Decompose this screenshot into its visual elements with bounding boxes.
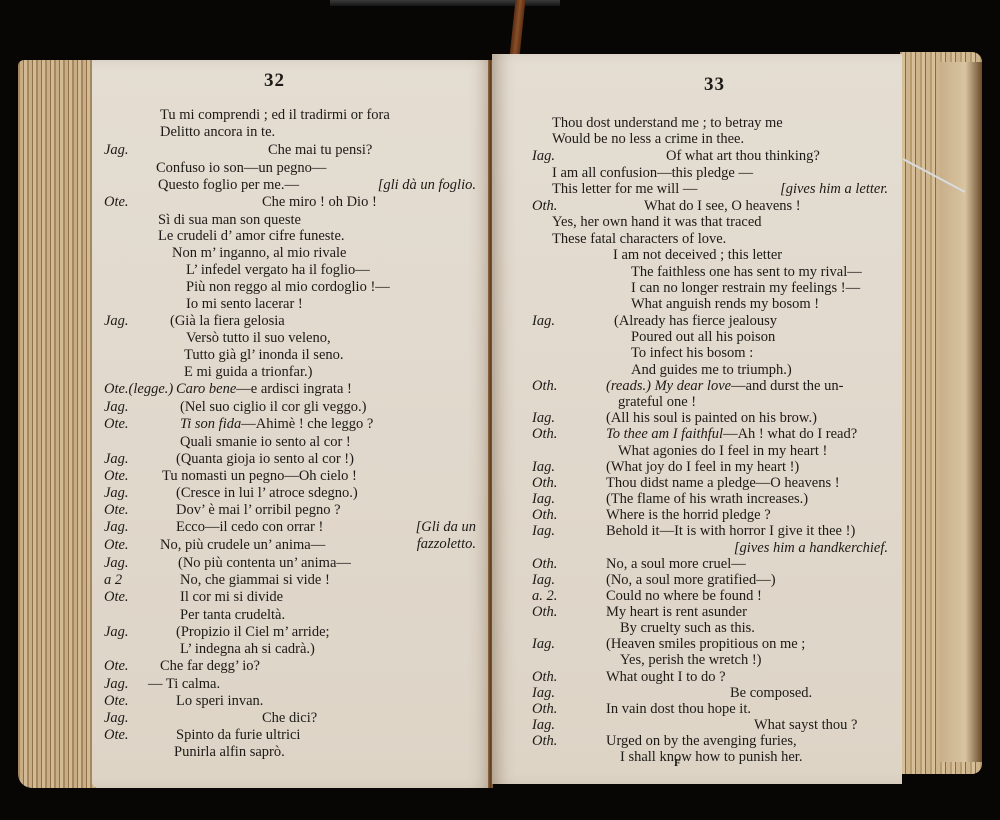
line-text: Io mi sento lacerar !: [186, 296, 303, 312]
line-text: Lo speri invan.: [176, 693, 263, 709]
speaker-label: Iag.: [532, 636, 555, 653]
page-number: 32: [264, 70, 285, 92]
verse-line: No, più crudele un’ anima—: [160, 537, 325, 553]
speaker-label: Ote.: [104, 468, 129, 485]
verse-line: Le crudeli d’ amor cifre funeste.: [158, 228, 345, 244]
verse-line: (No, a soul more gratified—): [606, 572, 776, 588]
verse-line: Ti son fida—Ahimè ! che leggo ?: [180, 416, 373, 432]
page-number: 33: [704, 74, 725, 96]
line-text: L’ infedel vergato ha il foglio—: [186, 262, 370, 278]
left-page-edges: [18, 60, 98, 788]
speaker-label: Oth.: [532, 733, 557, 750]
line-text: Where is the horrid pledge ?: [606, 507, 771, 523]
verse-line: (No più contenta un’ anima—: [178, 555, 351, 571]
verse-line: What ought I to do ?: [606, 669, 726, 685]
italic-quote: (reads.) My dear love: [606, 378, 731, 394]
line-text: Versò tutto il suo veleno,: [186, 330, 331, 346]
line-text: —Ah ! what do I read?: [723, 426, 857, 442]
speaker-label: Ote.: [104, 502, 129, 519]
verse-line: Dov’ è mai l’ orribil pegno ?: [176, 502, 341, 518]
speaker-label: Oth.: [532, 198, 557, 215]
line-text: Urged on by the avenging furies,: [606, 733, 797, 749]
line-text: I am all confusion—this pledge —: [552, 165, 753, 181]
verse-line: I am all confusion—this pledge —: [552, 165, 753, 181]
line-text: Che dici?: [262, 710, 317, 726]
left-page: 32 Tu mi comprendi ; ed il tradirmi or f…: [92, 60, 490, 788]
verse-line: Non m’ inganno, al mio rivale: [172, 245, 347, 261]
speaker-label: Jag.: [104, 624, 129, 641]
line-text: (Nel suo ciglio il cor gli veggo.): [180, 399, 366, 415]
back-cover: [940, 62, 982, 762]
verse-line: (Heaven smiles propitious on me ;: [606, 636, 805, 652]
line-text: —e ardisci ingrata !: [236, 381, 352, 397]
line-text: What anguish rends my bosom !: [631, 296, 819, 312]
line-text: Per tanta crudeltà.: [180, 607, 285, 623]
speaker-label: Ote.: [104, 416, 129, 433]
verse-line: Thou dost understand me ; to betray me: [552, 115, 783, 131]
line-text: Non m’ inganno, al mio rivale: [172, 245, 347, 261]
verse-line: Urged on by the avenging furies,: [606, 733, 797, 749]
line-text: (Already has fierce jealousy: [614, 313, 777, 329]
italic-quote: Ti son fida: [180, 416, 241, 432]
line-text: (Heaven smiles propitious on me ;: [606, 636, 805, 652]
verse-line: Thou didst name a pledge—O heavens !: [606, 475, 840, 491]
line-text: —and durst the un-: [731, 378, 843, 394]
verse-line: Be composed.: [730, 685, 812, 701]
verse-line: Confuso io son—un pegno—: [156, 160, 326, 176]
line-text: By cruelty such as this.: [620, 620, 755, 636]
verse-line: Tu mi comprendi ; ed il tradirmi or fora: [160, 107, 390, 123]
line-text: (Già la fiera gelosia: [170, 313, 285, 329]
speaker-label: Jag.: [104, 676, 129, 693]
speaker-label: Jag.: [104, 142, 129, 159]
verse-line: L’ indegna ah si cadrà.): [180, 641, 315, 657]
line-text: (What joy do I feel in my heart !): [606, 459, 799, 475]
speaker-label: Ote.: [104, 589, 129, 606]
line-text: Thou dost understand me ; to betray me: [552, 115, 783, 131]
line-text: Le crudeli d’ amor cifre funeste.: [158, 228, 345, 244]
stage-direction: fazzoletto.: [417, 536, 476, 552]
verse-line: (Già la fiera gelosia: [170, 313, 285, 329]
verse-line: No, che giammai si vide !: [180, 572, 330, 588]
line-text: Punirla alfin saprò.: [174, 744, 285, 760]
verse-line: Io mi sento lacerar !: [186, 296, 303, 312]
line-text: Che miro ! oh Dio !: [262, 194, 377, 210]
verse-line: And guides me to triumph.): [631, 362, 792, 378]
line-text: Più non reggo al mio cordoglio !—: [186, 279, 390, 295]
verse-line: — Ti calma.: [148, 676, 220, 692]
verse-line: Che mai tu pensi?: [268, 142, 372, 158]
speaker-label: Iag.: [532, 572, 555, 589]
line-text: Sì di sua man son queste: [158, 212, 301, 228]
verse-line: Yes, her own hand it was that traced: [552, 214, 762, 230]
speaker-label: Ote.: [104, 693, 129, 710]
verse-line: My heart is rent asunder: [606, 604, 747, 620]
line-text: These fatal characters of love.: [552, 231, 726, 247]
speaker-label: Iag.: [532, 459, 555, 476]
verse-line: What sayst thou ?: [754, 717, 858, 733]
line-text: Spinto da furie ultrici: [176, 727, 300, 743]
verse-line: The faithless one has sent to my rival—: [631, 264, 862, 280]
verse-line: L’ infedel vergato ha il foglio—: [186, 262, 370, 278]
right-page-edges: [900, 52, 982, 774]
verse-line: (The flame of his wrath increases.): [606, 491, 808, 507]
line-text: Tutto già gl’ inonda il seno.: [184, 347, 344, 363]
speaker-label: Ote.: [104, 727, 129, 744]
verse-line: This letter for me will —: [552, 181, 697, 197]
right-page: 33 F Thou dost understand me ; to betray…: [492, 54, 902, 784]
line-text: No, più crudele un’ anima—: [160, 537, 325, 553]
line-text: — Ti calma.: [148, 676, 220, 692]
verse-line: What do I see, O heavens !: [644, 198, 801, 214]
verse-line: Che far degg’ io?: [160, 658, 260, 674]
line-text: What agonies do I feel in my heart !: [618, 443, 827, 459]
verse-line: Caro bene—e ardisci ingrata !: [176, 381, 352, 397]
speaker-label: Ote.: [104, 537, 129, 554]
verse-line: Where is the horrid pledge ?: [606, 507, 771, 523]
speaker-label: Jag.: [104, 451, 129, 468]
line-text: No, a soul more cruel—: [606, 556, 746, 572]
line-text: Quali smanie io sento al cor !: [180, 434, 351, 450]
verse-line: Che miro ! oh Dio !: [262, 194, 377, 210]
verse-line: Tutto già gl’ inonda il seno.: [184, 347, 344, 363]
line-text: Yes, perish the wretch !): [620, 652, 761, 668]
verse-line: What anguish rends my bosom !: [631, 296, 819, 312]
speaker-label: Ote.(legge.): [104, 381, 173, 398]
line-text: —Ahimè ! che leggo ?: [241, 416, 373, 432]
line-text: Yes, her own hand it was that traced: [552, 214, 762, 230]
stage-direction: [Gli da un: [416, 519, 476, 535]
line-text: Che far degg’ io?: [160, 658, 260, 674]
verse-line: I shall know how to punish her.: [620, 749, 802, 765]
line-text: (No più contenta un’ anima—: [178, 555, 351, 571]
verse-line: Would be no less a crime in thee.: [552, 131, 744, 147]
speaker-label: Iag.: [532, 491, 555, 508]
stage-direction: [gives him a handkerchief.: [734, 540, 888, 556]
verse-line: (What joy do I feel in my heart !): [606, 459, 799, 475]
speaker-label: Oth.: [532, 378, 557, 395]
line-text: (No, a soul more gratified—): [606, 572, 776, 588]
line-text: (Quanta gioja io sento al cor !): [176, 451, 354, 467]
speaker-label: Oth.: [532, 556, 557, 573]
verse-line: These fatal characters of love.: [552, 231, 726, 247]
line-text: Confuso io son—un pegno—: [156, 160, 326, 176]
verse-line: In vain dost thou hope it.: [606, 701, 751, 717]
speaker-label: a 2: [104, 572, 122, 589]
speaker-label: Oth.: [532, 669, 557, 686]
line-text: To infect his bosom :: [631, 345, 753, 361]
line-text: Thou didst name a pledge—O heavens !: [606, 475, 840, 491]
line-text: Poured out all his poison: [631, 329, 775, 345]
verse-line: (Propizio il Ciel m’ arride;: [176, 624, 330, 640]
verse-line: Of what art thou thinking?: [666, 148, 820, 164]
speaker-label: Iag.: [532, 523, 555, 540]
verse-line: Yes, perish the wretch !): [620, 652, 761, 668]
line-text: Of what art thou thinking?: [666, 148, 820, 164]
line-text: The faithless one has sent to my rival—: [631, 264, 862, 280]
line-text: Il cor mi si divide: [180, 589, 283, 605]
line-text: (All his soul is painted on his brow.): [606, 410, 817, 426]
verse-line: Tu nomasti un pegno—Oh cielo !: [162, 468, 357, 484]
verse-line: Per tanta crudeltà.: [180, 607, 285, 623]
line-text: E mi guida a trionfar.): [184, 364, 312, 380]
verse-line: Versò tutto il suo veleno,: [186, 330, 331, 346]
speaker-label: Jag.: [104, 485, 129, 502]
speaker-label: Oth.: [532, 507, 557, 524]
line-text: And guides me to triumph.): [631, 362, 792, 378]
verse-line: Lo speri invan.: [176, 693, 263, 709]
bookmark-top: [330, 0, 560, 6]
verse-line: Spinto da furie ultrici: [176, 727, 300, 743]
verse-line: No, a soul more cruel—: [606, 556, 746, 572]
italic-quote: Caro bene: [176, 381, 236, 397]
speaker-label: Ote.: [104, 658, 129, 675]
line-text: What ought I to do ?: [606, 669, 726, 685]
speaker-label: Iag.: [532, 410, 555, 427]
verse-line: By cruelty such as this.: [620, 620, 755, 636]
speaker-label: Oth.: [532, 701, 557, 718]
line-text: Tu nomasti un pegno—Oh cielo !: [162, 468, 357, 484]
verse-line: Poured out all his poison: [631, 329, 775, 345]
line-text: Questo foglio per me.—: [158, 177, 299, 193]
verse-line: Ecco—il cedo con orrar !: [176, 519, 323, 535]
verse-line: To thee am I faithful—Ah ! what do I rea…: [606, 426, 857, 442]
speaker-label: Oth.: [532, 604, 557, 621]
verse-line: What agonies do I feel in my heart !: [618, 443, 827, 459]
speaker-label: Ote.: [104, 194, 129, 211]
verse-line: To infect his bosom :: [631, 345, 753, 361]
line-text: (The flame of his wrath increases.): [606, 491, 808, 507]
verse-line: Punirla alfin saprò.: [174, 744, 285, 760]
line-text: My heart is rent asunder: [606, 604, 747, 620]
line-text: Would be no less a crime in thee.: [552, 131, 744, 147]
line-text: What do I see, O heavens !: [644, 198, 801, 214]
line-text: Delitto ancora in te.: [160, 124, 275, 140]
line-text: L’ indegna ah si cadrà.): [180, 641, 315, 657]
speaker-label: a. 2.: [532, 588, 557, 605]
verse-line: (All his soul is painted on his brow.): [606, 410, 817, 426]
line-text: In vain dost thou hope it.: [606, 701, 751, 717]
verse-line: Could no where be found !: [606, 588, 762, 604]
verse-line: (Cresce in lui l’ atroce sdegno.): [176, 485, 358, 501]
verse-line: Il cor mi si divide: [180, 589, 283, 605]
verse-line: I am not deceived ; this letter: [613, 247, 782, 263]
line-text: Che mai tu pensi?: [268, 142, 372, 158]
speaker-label: Iag.: [532, 717, 555, 734]
verse-line: (reads.) My dear love—and durst the un-: [606, 378, 843, 394]
verse-line: (Quanta gioja io sento al cor !): [176, 451, 354, 467]
line-text: grateful one !: [618, 394, 696, 410]
verse-line: Più non reggo al mio cordoglio !—: [186, 279, 390, 295]
speaker-label: Jag.: [104, 399, 129, 416]
line-text: I can no longer restrain my feelings !—: [631, 280, 860, 296]
verse-line: Quali smanie io sento al cor !: [180, 434, 351, 450]
italic-quote: To thee am I faithful: [606, 426, 723, 442]
speaker-label: Jag.: [104, 710, 129, 727]
line-text: Tu mi comprendi ; ed il tradirmi or fora: [160, 107, 390, 123]
line-text: Be composed.: [730, 685, 812, 701]
line-text: (Cresce in lui l’ atroce sdegno.): [176, 485, 358, 501]
line-text: (Propizio il Ciel m’ arride;: [176, 624, 330, 640]
verse-line: Questo foglio per me.—: [158, 177, 299, 193]
speaker-label: Iag.: [532, 685, 555, 702]
speaker-label: Jag.: [104, 313, 129, 330]
line-text: What sayst thou ?: [754, 717, 858, 733]
verse-line: Sì di sua man son queste: [158, 212, 301, 228]
verse-line: Che dici?: [262, 710, 317, 726]
verse-line: Delitto ancora in te.: [160, 124, 275, 140]
line-text: I am not deceived ; this letter: [613, 247, 782, 263]
line-text: I shall know how to punish her.: [620, 749, 802, 765]
speaker-label: Oth.: [532, 426, 557, 443]
line-text: This letter for me will —: [552, 181, 697, 197]
speaker-label: Jag.: [104, 519, 129, 536]
verse-line: (Already has fierce jealousy: [614, 313, 777, 329]
line-text: Ecco—il cedo con orrar !: [176, 519, 323, 535]
line-text: Behold it—It is with horror I give it th…: [606, 523, 855, 539]
line-text: Could no where be found !: [606, 588, 762, 604]
verse-line: (Nel suo ciglio il cor gli veggo.): [180, 399, 366, 415]
verse-line: Behold it—It is with horror I give it th…: [606, 523, 855, 539]
speaker-label: Jag.: [104, 555, 129, 572]
stage-direction: [gli dà un foglio.: [378, 177, 476, 193]
verse-line: grateful one !: [618, 394, 696, 410]
speaker-label: Iag.: [532, 313, 555, 330]
verse-line: E mi guida a trionfar.): [184, 364, 312, 380]
verse-line: I can no longer restrain my feelings !—: [631, 280, 860, 296]
line-text: No, che giammai si vide !: [180, 572, 330, 588]
speaker-label: Iag.: [532, 148, 555, 165]
line-text: Dov’ è mai l’ orribil pegno ?: [176, 502, 341, 518]
speaker-label: Oth.: [532, 475, 557, 492]
stage-direction: [gives him a letter.: [780, 181, 888, 197]
